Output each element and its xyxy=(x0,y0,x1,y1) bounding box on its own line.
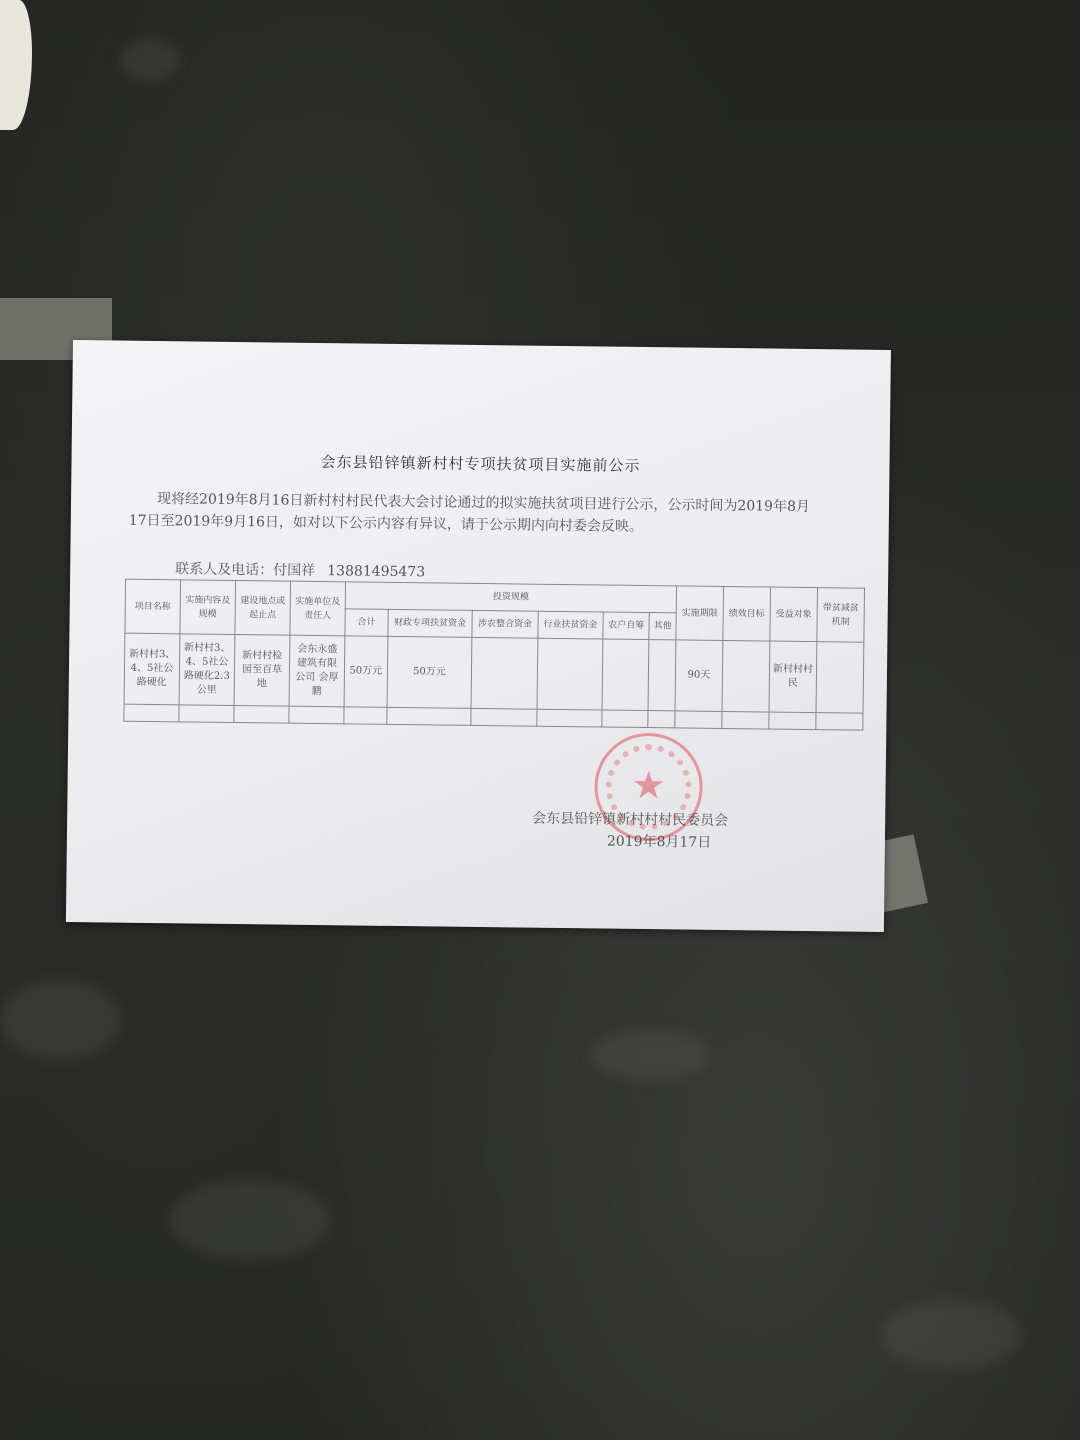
header-self-raised: 农户自筹 xyxy=(603,612,649,640)
header-total: 合计 xyxy=(345,609,388,637)
cell-total: 50万元 xyxy=(344,636,387,708)
board-blemish xyxy=(120,40,180,80)
header-investment: 投资规模 xyxy=(345,582,676,613)
project-table: 项目名称 实施内容及规模 建设地点或起止点 实施单位及责任人 投资规模 实施期限… xyxy=(123,579,865,731)
cell-fiscal-fund: 50万元 xyxy=(387,636,473,708)
cell-other xyxy=(648,640,676,711)
cell-self-raised xyxy=(602,639,649,711)
cell-project-name: 新村村3、4、5社公路硬化 xyxy=(124,633,180,705)
table-row: 新村村3、4、5社公路硬化 新村村3、4、5社公路硬化2.3公里 新村村检园至百… xyxy=(124,633,864,713)
header-unit-person: 实施单位及责任人 xyxy=(290,581,346,636)
header-location: 建设地点或起止点 xyxy=(235,581,291,636)
cell-agri-fund xyxy=(471,637,537,709)
notice-body: 现将经2019年8月16日新村村村民代表大会讨论通过的拟实施扶贫项目进行公示，公… xyxy=(129,488,819,540)
header-industry-fund: 行业扶贫资金 xyxy=(538,611,604,639)
star-icon: ★ xyxy=(597,765,699,804)
header-fiscal-fund: 财政专项扶贫资金 xyxy=(387,609,472,637)
cell-industry-fund xyxy=(537,638,603,710)
header-beneficiary: 受益对象 xyxy=(770,587,818,642)
header-project-name: 项目名称 xyxy=(125,579,181,634)
header-agri-fund: 涉农整合资金 xyxy=(472,610,538,638)
cell-unit-person: 会东永盛建筑有限公司 会厚鹏 xyxy=(289,635,345,707)
signature-date: 2019年8月17日 xyxy=(532,830,728,854)
header-target: 绩效目标 xyxy=(723,586,771,641)
contact-label: 联系人及电话：付国祥 xyxy=(175,561,315,579)
header-other: 其他 xyxy=(649,613,676,640)
notice-paper: 会东县铅锌镇新村村专项扶贫项目实施前公示 现将经2019年8月16日新村村村民代… xyxy=(66,340,891,932)
cell-content-scale: 新村村3、4、5社公路硬化2.3公里 xyxy=(179,634,235,706)
header-period: 实施期限 xyxy=(676,586,724,641)
board-blemish xyxy=(170,1180,330,1260)
contact-line: 联系人及电话：付国祥13881495473 xyxy=(175,558,425,581)
contact-phone: 13881495473 xyxy=(327,563,425,580)
cell-mechanism xyxy=(816,642,864,714)
torn-paper-scrap xyxy=(0,0,32,130)
notice-title: 会东县铅锌镇新村村专项扶贫项目实施前公示 xyxy=(71,448,889,479)
header-mechanism: 带贫减贫机制 xyxy=(817,588,865,643)
header-content-scale: 实施内容及规模 xyxy=(180,580,236,635)
cell-target xyxy=(722,640,770,712)
cell-period: 90天 xyxy=(675,640,723,712)
board-blemish xyxy=(0,980,120,1060)
board-blemish xyxy=(880,1300,1020,1370)
cell-beneficiary: 新村村村民 xyxy=(769,641,817,713)
signature-org: 会东县铅锌镇新村村村民委员会 xyxy=(532,808,728,832)
cell-location: 新村村检园至百草地 xyxy=(234,635,290,707)
signature-block: 会东县铅锌镇新村村村民委员会 2019年8月17日 xyxy=(532,808,729,854)
board-blemish xyxy=(590,1030,710,1080)
